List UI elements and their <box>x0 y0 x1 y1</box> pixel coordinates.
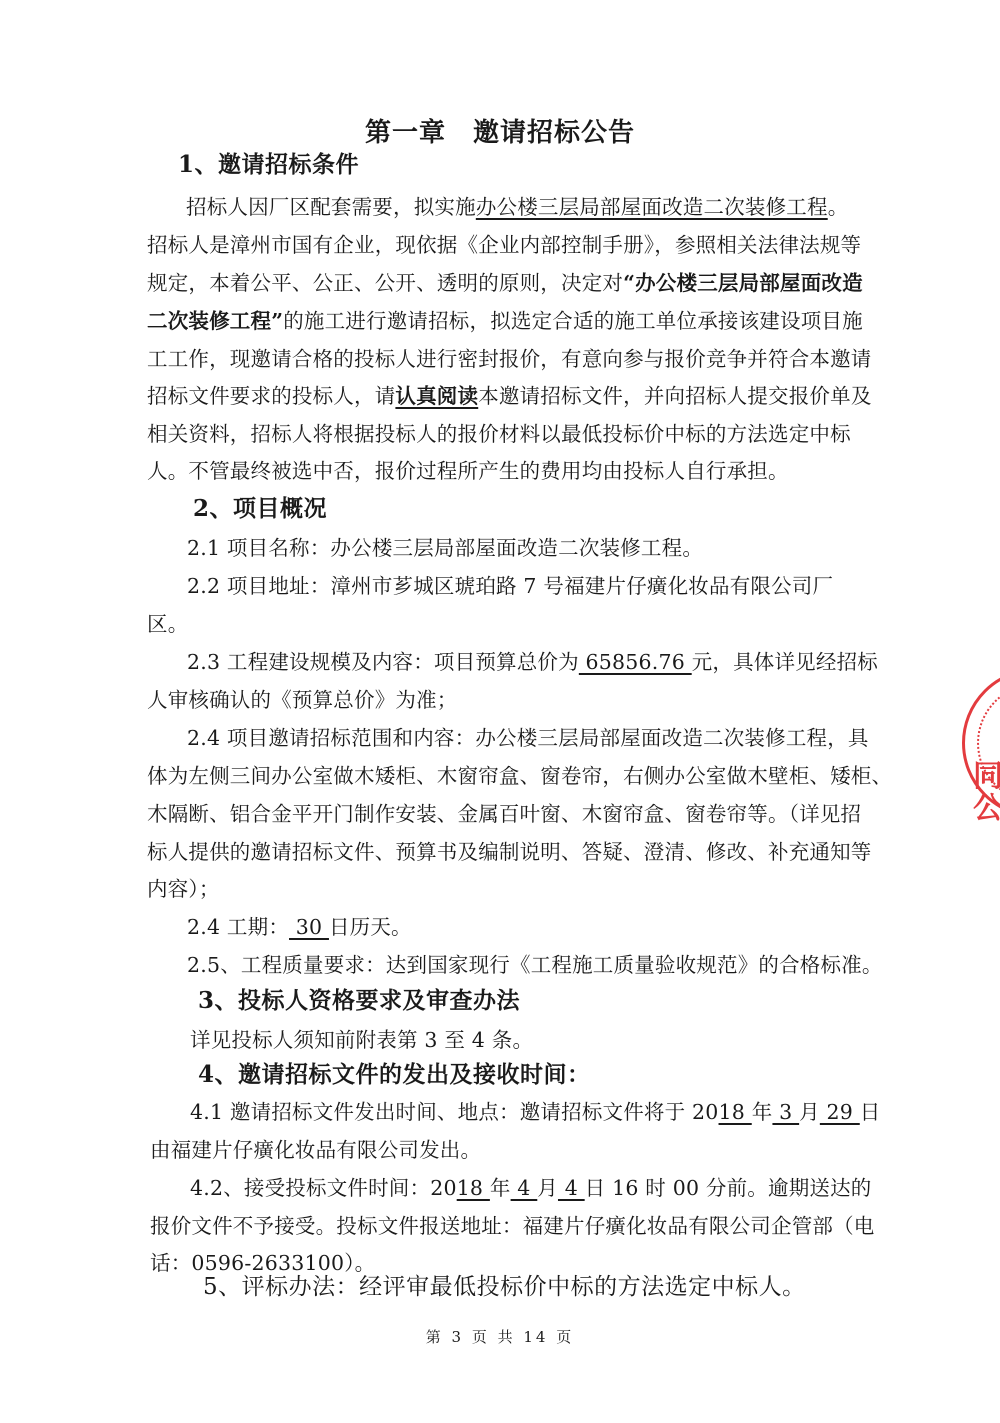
text: 4.1 邀请招标文件发出时间、地点：邀请招标文件将于 20 <box>190 1100 719 1124</box>
text: 元，具体详见经招标 <box>692 650 878 674</box>
day-value: 4 <box>558 1176 585 1200</box>
section-3-body: 详见投标人须知前附表第 3 至 4 条。 <box>190 1025 533 1055</box>
text: 招标文件要求的投标人，请 <box>147 384 395 408</box>
section-5-heading: 5、评标办法：经评审最低投标价中标的方法选定中标人。 <box>203 1272 806 1302</box>
paragraph-line: 二次装修工程”的施工进行邀请招标，拟选定合适的施工单位承接该建设项目施 <box>147 306 863 336</box>
text: 日 <box>860 1100 881 1124</box>
text: 的施工进行邀请招标，拟选定合适的施工单位承接该建设项目施 <box>283 309 863 333</box>
month-value: 4 <box>511 1176 538 1200</box>
item-2-3: 2.3 工程建设规模及内容：项目预算总价为 65856.76 元，具体详见经招标 <box>187 647 878 677</box>
paragraph-line: 规定，本着公平、公正、公开、透明的原则，决定对“办公楼三层局部屋面改造 <box>147 268 863 298</box>
item-2-3-cont: 人审核确认的《预算总价》为准； <box>147 685 458 715</box>
item-2-5: 2.5、工程质量要求：达到国家现行《工程施工质量验收规范》的合格标准。 <box>187 950 883 980</box>
year-value: 18 <box>457 1176 490 1200</box>
text: 2.3 工程建设规模及内容：项目预算总价为 <box>187 650 579 674</box>
text: 本邀请招标文件，并向招标人提交报价单及 <box>478 384 871 408</box>
text: 日历天。 <box>329 915 412 939</box>
section-2-heading: 2、项目概况 <box>193 494 327 524</box>
item-2-4-cont: 内容）； <box>147 874 220 904</box>
seal-char: 公 <box>973 783 1000 827</box>
item-2-2: 2.2 项目地址：漳州市芗城区琥珀路 7 号福建片仔癀化妆品有限公司厂 <box>187 571 833 601</box>
company-seal-icon: 同 公 <box>962 668 1000 818</box>
month-value: 3 <box>772 1100 799 1124</box>
day-value: 29 <box>820 1100 860 1124</box>
text: 年 <box>490 1176 511 1200</box>
text: 日 16 时 00 分前。逾期送达的 <box>585 1176 872 1200</box>
text: 年 <box>752 1100 773 1124</box>
paragraph-line: 工工作，现邀请合格的投标人进行密封报价，有意向参与报价竞争并符合本邀请 <box>147 344 872 374</box>
item-2-4-cont: 标人提供的邀请招标文件、预算书及编制说明、答疑、澄清、修改、补充通知等 <box>147 837 872 867</box>
paragraph-line: 招标人因厂区配套需要，拟实施办公楼三层局部屋面改造二次装修工程。 <box>186 192 848 222</box>
underlined-emphasis: 认真阅读 <box>395 384 478 408</box>
section-3-heading: 3、投标人资格要求及审查办法 <box>198 986 520 1016</box>
chapter-title: 第一章 邀请招标公告 <box>0 112 1000 149</box>
section-1-heading: 1、邀请招标条件 <box>178 150 359 180</box>
bold-text: “办公楼三层局部屋面改造 <box>623 271 863 295</box>
text: 招标人因厂区配套需要，拟实施 <box>186 195 476 219</box>
item-4-2-cont: 报价文件不予接受。投标文件报送地址：福建片仔癀化妆品有限公司企管部（电 <box>150 1211 875 1241</box>
budget-value: 65856.76 <box>579 650 692 674</box>
duration-value: 30 <box>289 915 329 939</box>
text: 。 <box>828 195 849 219</box>
item-2-2-cont: 区。 <box>147 609 188 639</box>
text: 4.2、接受投标文件时间：20 <box>190 1176 457 1200</box>
item-2-4: 2.4 项目邀请招标范围和内容：办公楼三层局部屋面改造二次装修工程，具 <box>187 723 869 753</box>
section-4-heading: 4、邀请招标文件的发出及接收时间： <box>198 1060 591 1090</box>
item-2-1: 2.1 项目名称：办公楼三层局部屋面改造二次装修工程。 <box>187 533 703 563</box>
item-duration: 2.4 工期： 30 日历天。 <box>187 912 412 942</box>
item-2-4-cont: 体为左侧三间办公室做木矮柜、木窗帘盒、窗卷帘，右侧办公室做木壁柜、矮柜、 <box>147 761 892 791</box>
page-number: 第 3 页 共 14 页 <box>0 1326 1000 1347</box>
bold-text: 二次装修工程” <box>147 309 283 333</box>
paragraph-line: 相关资料，招标人将根据投标人的报价材料以最低投标价中标的方法选定中标 <box>147 419 851 449</box>
paragraph-line: 人。不管最终被选中否，报价过程所产生的费用均由投标人自行承担。 <box>147 456 789 486</box>
item-4-1: 4.1 邀请招标文件发出时间、地点：邀请招标文件将于 2018 年 3 月 29… <box>190 1097 880 1127</box>
document-page: 第一章 邀请招标公告 1、邀请招标条件 招标人因厂区配套需要，拟实施办公楼三层局… <box>0 0 1000 1423</box>
paragraph-line: 招标人是漳州市国有企业，现依据《企业内部控制手册》，参照相关法律法规等 <box>147 230 861 260</box>
text: 月 <box>537 1176 558 1200</box>
item-4-2: 4.2、接受投标文件时间：2018 年 4 月 4 日 16 时 00 分前。逾… <box>190 1173 872 1203</box>
project-name-underlined: 办公楼三层局部屋面改造二次装修工程 <box>476 195 828 219</box>
item-4-1-cont: 由福建片仔癀化妆品有限公司发出。 <box>150 1135 481 1165</box>
item-2-4-cont: 木隔断、铝合金平开门制作安装、金属百叶窗、木窗帘盒、窗卷帘等。（详见招 <box>147 799 861 829</box>
text: 2.4 工期： <box>187 915 289 939</box>
year-value: 18 <box>719 1100 752 1124</box>
text: 月 <box>799 1100 820 1124</box>
paragraph-line: 招标文件要求的投标人，请认真阅读本邀请招标文件，并向招标人提交报价单及 <box>147 381 872 411</box>
text: 规定，本着公平、公正、公开、透明的原则，决定对 <box>147 271 623 295</box>
